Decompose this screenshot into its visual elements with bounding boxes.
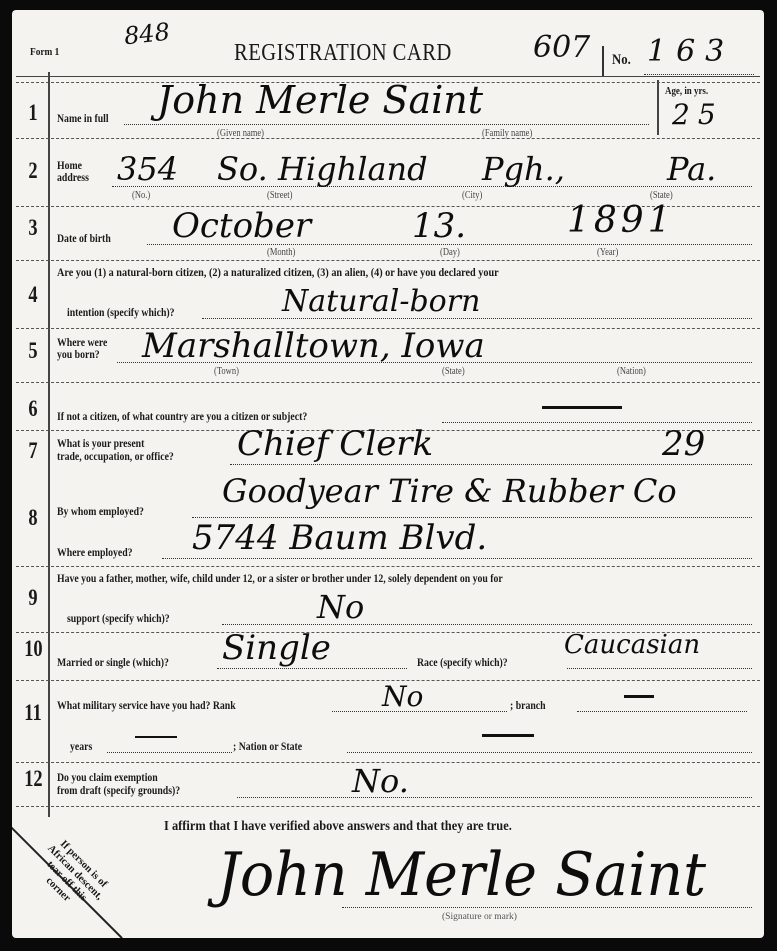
month-sublabel: (Month)	[267, 247, 295, 258]
address-state: Pa.	[667, 150, 716, 188]
age-answer: 25	[672, 98, 724, 131]
row-number: 9	[24, 585, 42, 611]
row-number: 7	[24, 438, 42, 464]
dob-month: October	[172, 206, 311, 246]
affirmation-text: I affirm that I have verified above answ…	[164, 818, 512, 834]
race-underline	[567, 668, 752, 669]
row-number: 3	[24, 215, 42, 241]
day-sublabel: (Day)	[440, 247, 460, 258]
dependents-underline	[222, 624, 752, 625]
city-sublabel: (City)	[462, 190, 482, 201]
address-street: So. Highland	[217, 150, 428, 188]
occupation-label-line1: What is your present	[57, 438, 144, 451]
occupation-underline	[230, 464, 752, 465]
handwritten-top-number: 848	[123, 18, 171, 51]
row-number: 10	[24, 636, 42, 662]
row-divider	[16, 382, 760, 383]
state-sublabel: (State)	[442, 366, 465, 377]
number-underline	[644, 74, 754, 75]
name-answer: John Merle Saint	[157, 78, 483, 122]
employer-label: By whom employed?	[57, 506, 144, 519]
age-column-rule	[657, 80, 659, 135]
number-label: No.	[612, 52, 631, 69]
row-divider	[16, 260, 760, 261]
row-divider	[16, 138, 760, 139]
citizenship-answer: Natural-born	[282, 284, 480, 319]
where-employed-label: Where employed?	[57, 547, 133, 560]
nation-state-underline	[347, 752, 752, 753]
handwritten-serial: 607	[533, 30, 590, 65]
where-employed-underline	[162, 558, 752, 559]
row-number: 5	[24, 338, 42, 364]
citizen-country-question: If not a citizen, of what country are yo…	[57, 411, 307, 424]
you-born-label: you born?	[57, 349, 100, 362]
dependents-question-line2: support (specify which)?	[67, 613, 170, 626]
dob-year: 1891	[567, 200, 675, 241]
exemption-answer: No.	[352, 762, 409, 800]
nation-state-label: ; Nation or State	[233, 741, 302, 754]
street-sublabel: (Street)	[267, 190, 293, 201]
marital-answer: Single	[222, 628, 331, 668]
signature-label: (Signature or mark)	[442, 912, 517, 922]
signature-underline	[342, 907, 752, 908]
row-number: 4	[24, 282, 42, 308]
dependents-answer: No	[317, 588, 364, 626]
form-label: Form 1	[30, 46, 59, 58]
birthplace-answer: Marshalltown, Iowa	[142, 326, 485, 366]
age-label: Age, in yrs.	[665, 85, 708, 98]
occupation-label-line2: trade, occupation, or office?	[57, 451, 174, 464]
row-number: 1	[24, 100, 42, 126]
row-number: 12	[24, 766, 42, 792]
branch-answer-dash	[624, 695, 654, 698]
tear-off-corner-note: If person is of African descent, tear of…	[18, 825, 123, 930]
row-number: 8	[24, 505, 42, 531]
years-label: years	[70, 741, 92, 754]
exemption-label-line2: from draft (specify grounds)?	[57, 785, 180, 798]
nation-state-answer-dash	[482, 734, 534, 737]
citizenship-question-line2: intention (specify which)?	[67, 307, 175, 320]
number-value: 163	[647, 34, 734, 69]
card-title: REGISTRATION CARD	[234, 40, 452, 67]
name-label: Name in full	[57, 113, 109, 126]
citizen-country-underline	[442, 422, 752, 423]
where-employed-answer: 5744 Baum Blvd.	[192, 518, 487, 558]
marital-label: Married or single (which)?	[57, 657, 169, 670]
row-divider	[16, 566, 760, 567]
row-divider	[16, 806, 760, 807]
card-header: Form 1 848 REGISTRATION CARD 607 No. 163	[12, 10, 764, 78]
race-label: Race (specify which)?	[417, 657, 508, 670]
exemption-label-line1: Do you claim exemption	[57, 772, 158, 785]
row-number: 11	[24, 700, 42, 726]
nation-sublabel: (Nation)	[617, 366, 646, 377]
years-answer-dash	[135, 736, 177, 738]
registration-card: Form 1 848 REGISTRATION CARD 607 No. 163…	[12, 10, 764, 938]
employer-answer: Goodyear Tire & Rubber Co	[222, 472, 677, 510]
address-number: 354	[117, 150, 178, 188]
dob-label: Date of birth	[57, 233, 111, 246]
address-city: Pgh.,	[482, 150, 565, 188]
address-label: address	[57, 172, 89, 185]
row-number: 6	[24, 396, 42, 422]
no-sublabel: (No.)	[132, 190, 150, 201]
number-column-rule	[48, 72, 50, 817]
name-underline	[124, 124, 649, 125]
exemption-underline	[237, 797, 752, 798]
citizenship-question: Are you (1) a natural-born citizen, (2) …	[57, 266, 499, 279]
rank-answer: No	[382, 680, 423, 713]
signature: John Merle Saint	[217, 840, 706, 910]
occupation-answer: Chief Clerk	[237, 424, 433, 464]
branch-label: ; branch	[510, 700, 546, 713]
military-service-label: What military service have you had? Rank	[57, 700, 236, 713]
citizen-country-answer-dash	[542, 406, 622, 409]
occupation-note: 29	[662, 424, 705, 464]
marital-underline	[217, 668, 407, 669]
row-number: 2	[24, 158, 42, 184]
address-underline	[112, 186, 752, 187]
branch-underline	[577, 711, 747, 712]
town-sublabel: (Town)	[214, 366, 239, 377]
header-divider	[602, 46, 604, 76]
race-answer: Caucasian	[564, 630, 700, 660]
dob-day: 13.	[412, 206, 466, 246]
dependents-question: Have you a father, mother, wife, child u…	[57, 573, 503, 586]
year-sublabel: (Year)	[597, 247, 618, 258]
years-underline	[107, 752, 232, 753]
